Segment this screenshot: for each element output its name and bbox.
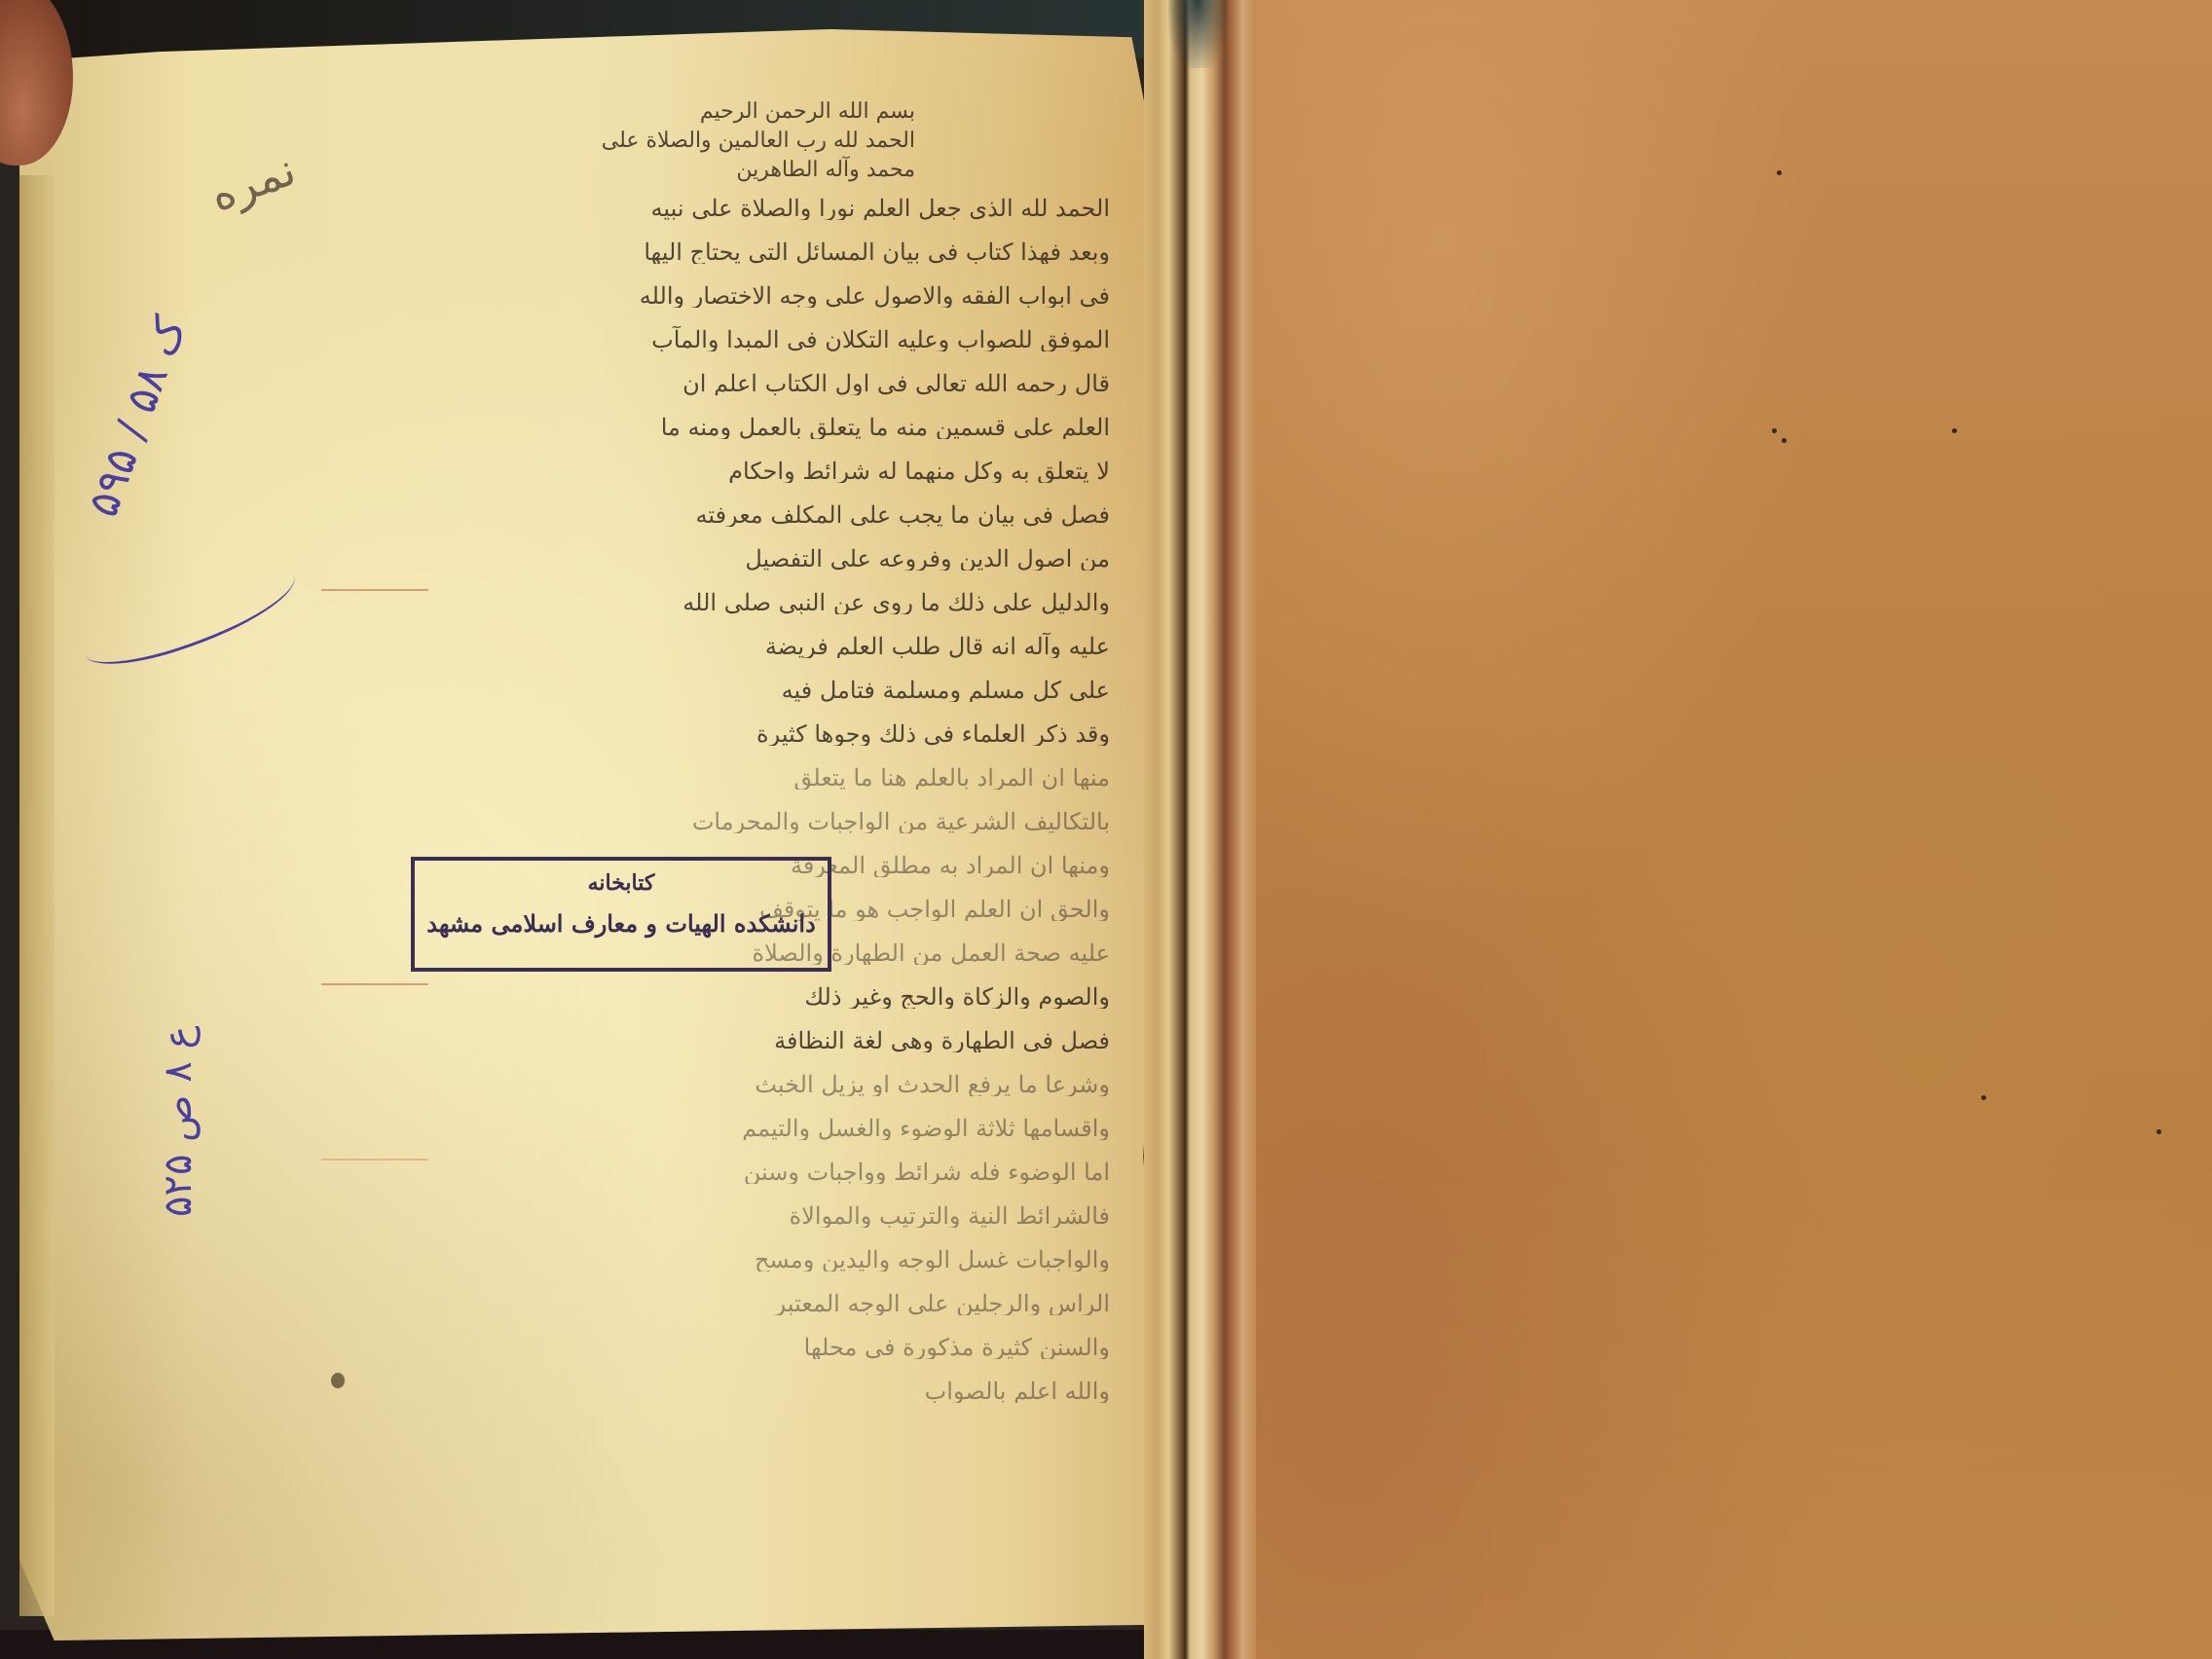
manuscript-body-text: الحمد لله الذي جعل العلم نورا والصلاة عل…	[312, 195, 1110, 1421]
text-line: فصل في بيان ما يجب على المكلف معرفته	[312, 501, 1110, 527]
text-line: فالشرائط النية والترتيب والموالاة	[312, 1202, 1110, 1228]
text-line: والدليل على ذلك ما روي عن النبي صلى الله	[312, 589, 1110, 614]
text-line: وبعد فهذا كتاب في بيان المسائل التي يحتا…	[312, 239, 1110, 264]
text-line: على كل مسلم ومسلمة فتامل فيه	[312, 677, 1110, 702]
text-line: بالتكاليف الشرعية من الواجبات والمحرمات	[312, 808, 1110, 833]
text-line: والصوم والزكاة والحج وغير ذلك	[312, 983, 1110, 1009]
right-page-blank-flyleaf	[1251, 0, 2212, 1659]
text-line: واقسامها ثلاثة الوضوء والغسل والتيمم	[312, 1115, 1110, 1140]
text-line: والواجبات غسل الوجه واليدين ومسح	[312, 1246, 1110, 1272]
worm-hole	[331, 1373, 345, 1388]
ink-speck	[1772, 428, 1777, 433]
page-heading: بسم الله الرحمن الرحيم الحمد لله رب العا…	[409, 97, 915, 185]
text-line: اما الوضوء فله شرائط وواجبات وسنن	[312, 1159, 1110, 1184]
text-line: من اصول الدين وفروعه على التفصيل	[312, 545, 1110, 571]
page-edge-shadow	[19, 175, 55, 1616]
stamp-line-1: کتابخانه	[415, 870, 828, 896]
text-line: قال رحمه الله تعالى في اول الكتاب اعلم ا…	[312, 370, 1110, 395]
text-line: وقد ذكر العلماء في ذلك وجوها كثيرة	[312, 720, 1110, 746]
text-line: منها ان المراد بالعلم هنا ما يتعلق	[312, 764, 1110, 790]
heading-line: محمد وآله الطاهرين	[409, 156, 915, 185]
text-line: لا يتعلق به وكل منهما له شرائط واحكام	[312, 458, 1110, 483]
text-line: وشرعا ما يرفع الحدث او يزيل الخبث	[312, 1071, 1110, 1096]
spine-top-binding	[1168, 0, 1227, 68]
margin-note-shelf-mark: ع ۸ ص ۵۲۵	[156, 1026, 201, 1217]
ink-speck	[1952, 428, 1957, 433]
ink-speck	[1782, 438, 1787, 443]
text-line: والله اعلم بالصواب	[312, 1378, 1110, 1403]
text-line: العلم على قسمين منه ما يتعلق بالعمل ومنه…	[312, 414, 1110, 439]
library-ownership-stamp: کتابخانه دانشکده الهیات و معارف اسلامی م…	[411, 857, 831, 972]
stamp-line-2: دانشکده الهیات و معارف اسلامی مشهد	[415, 909, 828, 938]
heading-line: الحمد لله رب العالمين والصلاة على	[409, 127, 915, 156]
ink-speck	[1777, 170, 1782, 175]
text-line: الموفق للصواب وعليه التكلان في المبدا وا…	[312, 326, 1110, 351]
book-spine-gutter	[1144, 0, 1256, 1659]
ink-speck	[2157, 1129, 2161, 1134]
text-line: والسنن كثيرة مذكورة في محلها	[312, 1334, 1110, 1359]
text-line: عليه وآله انه قال طلب العلم فريضة	[312, 633, 1110, 658]
text-line: الحمد لله الذي جعل العلم نورا والصلاة عل…	[312, 195, 1110, 220]
ink-speck	[1981, 1095, 1986, 1100]
text-line: في ابواب الفقه والاصول على وجه الاختصار …	[312, 282, 1110, 308]
text-line: فصل في الطهارة وهي لغة النظافة	[312, 1027, 1110, 1052]
text-line: الراس والرجلين على الوجه المعتبر	[312, 1290, 1110, 1315]
heading-line: بسم الله الرحمن الرحيم	[409, 97, 915, 127]
